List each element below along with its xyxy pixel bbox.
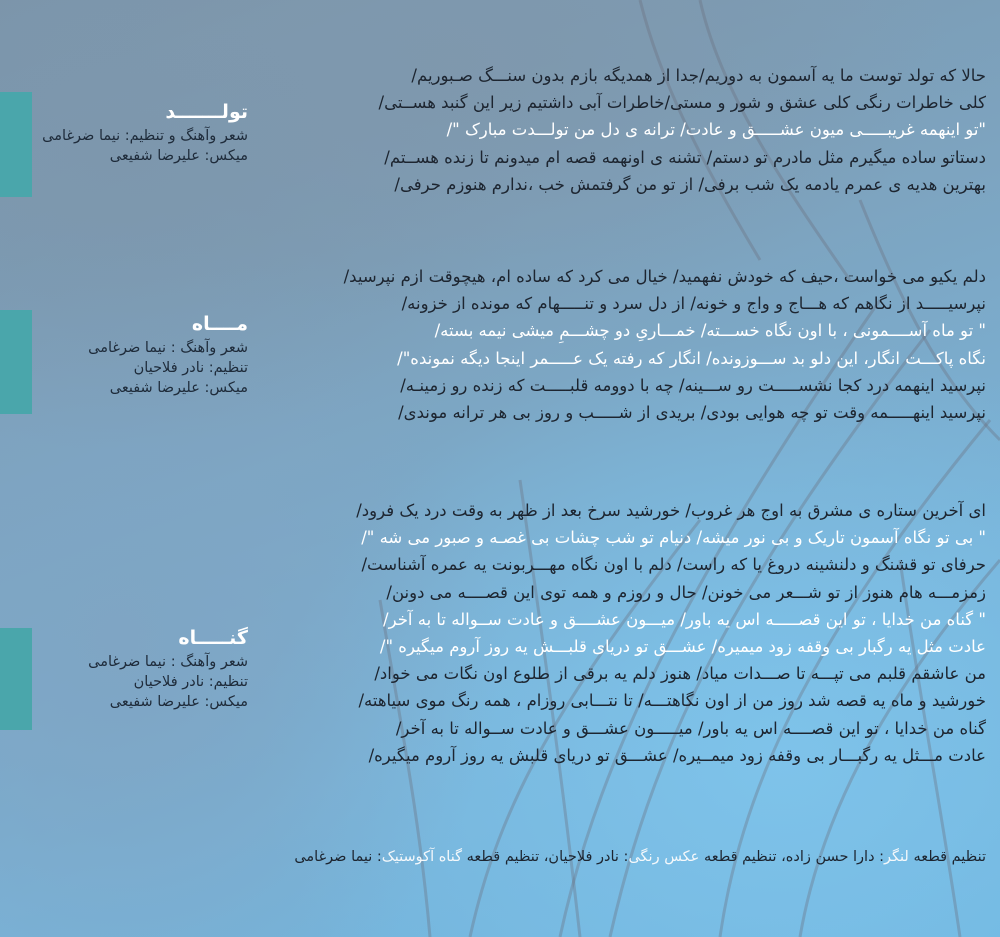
credit-line: میکس: علیرضا شفیعی <box>0 378 248 398</box>
lyric-line: " تو ماه آســــمونی ، با اون نگاه خســـت… <box>344 317 986 344</box>
track-name-gonah-acoustic: گناه آکوستیک <box>382 849 462 865</box>
credit-line: تنظیم: نادر فلاحیان <box>0 358 248 378</box>
lyric-line: نپرسید اینهـــــمه وقت تو چه هوایی بودی/… <box>344 399 986 426</box>
lyrics-stanza-2: دلم یکیو می خواست ،حیف که خودش نفهمید/ خ… <box>344 263 986 426</box>
credit-line: شعر وآهنگ : نیما ضرغامی <box>0 338 248 358</box>
credit-line: میکس: علیرضا شفیعی <box>0 692 248 712</box>
lyric-line: " گناه من خدایا ، تو این قصـــــه اس یه … <box>356 606 986 633</box>
credit-line: شعر وآهنگ و تنظیم: نیما ضرغامی <box>0 126 248 146</box>
lyric-line: دستاتو ساده میگیرم مثل مادرم تو دستم/ تش… <box>379 144 986 171</box>
lyric-line: عادت مثل یه رگبار بی وقفه زود میمیره/ عش… <box>356 633 986 660</box>
lyric-line: نگاه پاکـــت انگار، این دلو بد ســـوزوند… <box>344 345 986 372</box>
arrangement-credits: تنظیم قطعه لنگر: دارا حسن زاده، تنظیم قط… <box>294 849 986 865</box>
lyric-line: بهترین هدیه ی عمرم یادمه یک شب برفی/ از … <box>379 171 986 198</box>
song-title: مــــاه <box>0 312 248 336</box>
lyric-line: عادت مـــثل یه رگبـــار بی وقفه زود میمـ… <box>356 742 986 769</box>
footer-text: : نیما ضرغامی <box>294 849 381 865</box>
song-title: تولـــــــد <box>0 100 248 124</box>
lyric-line: دلم یکیو می خواست ،حیف که خودش نفهمید/ خ… <box>344 263 986 290</box>
credit-line: میکس: علیرضا شفیعی <box>0 146 248 166</box>
lyric-line: من عاشقم قلبم می تپـــه تا صـــدات میاد/… <box>356 660 986 687</box>
credit-line: شعر وآهنگ : نیما ضرغامی <box>0 652 248 672</box>
footer-text: : نادر فلاحیان، تنظیم قطعه <box>462 849 628 865</box>
track-name-aks-rangi: عکس رنگی <box>628 849 699 865</box>
song-credit-2: مــــاه شعر وآهنگ : نیما ضرغامی تنظیم: ن… <box>0 312 248 398</box>
lyric-line: "تو اینهمه غریبـــــی میون عشـــــق و عا… <box>379 116 986 143</box>
lyric-line: زمزمـــه هام هنوز از تو شـــعر می خونن/ … <box>356 579 986 606</box>
footer-text: تنظیم قطعه <box>909 849 986 865</box>
song-credit-3: گنـــــاه شعر وآهنگ : نیما ضرغامی تنظیم:… <box>0 626 248 712</box>
lyric-line: " بی تو نگاه آسمون تاریک و بی نور میشه/ … <box>356 524 986 551</box>
lyrics-stanza-3: ای آخرین ستاره ی مشرق به اوج هر غروب/ خو… <box>356 497 986 769</box>
lyric-line: نپرسید اینهمه درد کجا نشســـــت رو ســـی… <box>344 372 986 399</box>
lyrics-stanza-1: حالا که تولد توست ما یه آسمون به دوریم/ج… <box>379 62 986 198</box>
track-name-langar: لنگر <box>884 849 909 865</box>
lyric-line: حالا که تولد توست ما یه آسمون به دوریم/ج… <box>379 62 986 89</box>
song-credit-1: تولـــــــد شعر وآهنگ و تنظیم: نیما ضرغا… <box>0 100 248 166</box>
lyric-line: خورشید و ماه یه قصه شد روز من از اون نگا… <box>356 687 986 714</box>
song-title: گنـــــاه <box>0 626 248 650</box>
lyric-line: نپرسیـــــد از نگاهم که هـــاج و واج و خ… <box>344 290 986 317</box>
footer-text: : دارا حسن زاده، تنظیم قطعه <box>699 849 884 865</box>
lyric-line: کلی خاطرات رنگی کلی عشق و شور و مستی/خاط… <box>379 89 986 116</box>
lyric-line: حرفای تو قشنگ و دلنشینه دروغ یا که راست/… <box>356 551 986 578</box>
credit-line: تنظیم: نادر فلاحیان <box>0 672 248 692</box>
lyric-line: گناه من خدایا ، تو این قصــــه اس یه باو… <box>356 715 986 742</box>
lyric-line: ای آخرین ستاره ی مشرق به اوج هر غروب/ خو… <box>356 497 986 524</box>
